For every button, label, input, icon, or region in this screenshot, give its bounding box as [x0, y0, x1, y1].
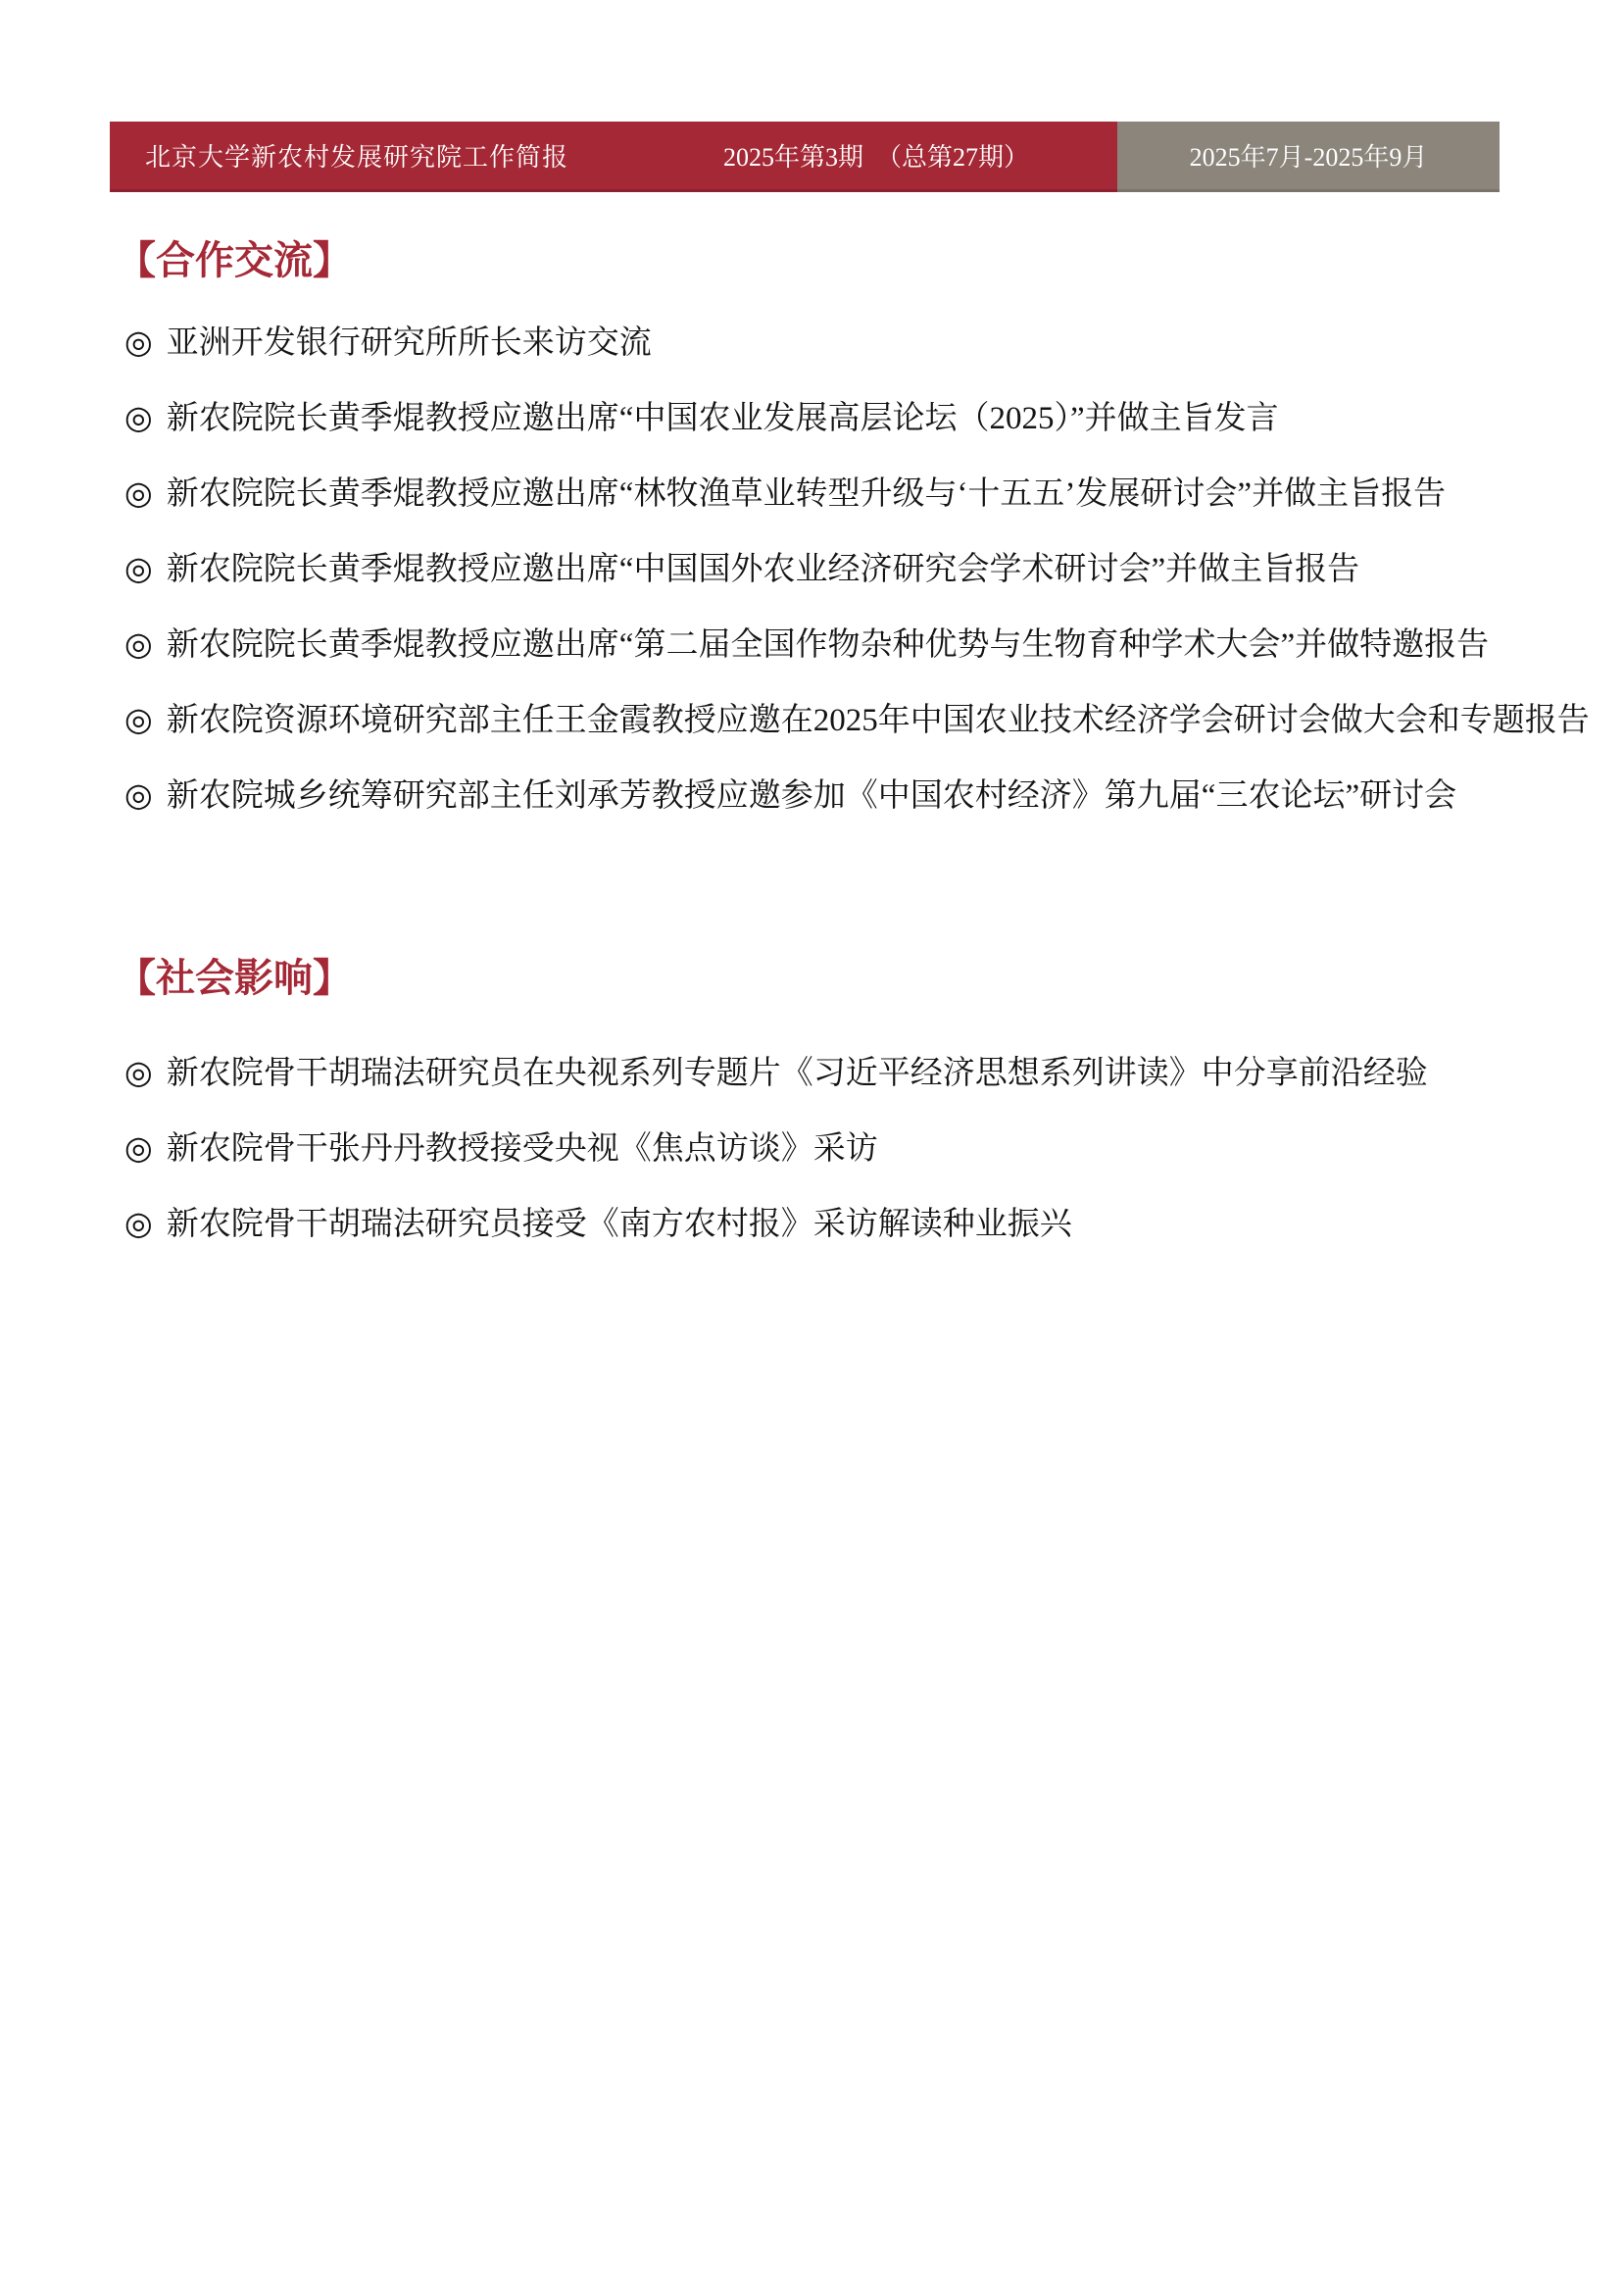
newsletter-page: { "colors": { "accent_red": "#a42836", "… — [0, 0, 1624, 2296]
bullet-circle-icon: ◎ — [124, 701, 153, 740]
header-red-segment: 北京大学新农村发展研究院工作简报 2025年第3期 （总第27期） — [110, 122, 1117, 192]
bullet-circle-icon: ◎ — [124, 324, 153, 363]
period-label: 2025年7月-2025年9月 — [1190, 137, 1428, 174]
header-bar: 北京大学新农村发展研究院工作简报 2025年第3期 （总第27期） 2025年7… — [110, 122, 1500, 192]
list-item: ◎新农院城乡统筹研究部主任刘承芳教授应邀参加《中国农村经济》第九届“三农论坛”研… — [124, 776, 1614, 816]
list-item: ◎新农院骨干张丹丹教授接受央视《焦点访谈》采访 — [124, 1129, 1614, 1169]
bullet-circle-icon: ◎ — [124, 625, 153, 665]
item-text: 新农院院长黄季焜教授应邀出席“中国农业发展高层论坛（2025）”并做主旨发言 — [167, 401, 1279, 436]
newsletter-title: 北京大学新农村发展研究院工作简报 — [145, 137, 568, 174]
social-impact-item-list: ◎新农院骨干胡瑞法研究员在央视系列专题片《习近平经济思想系列讲读》中分享前沿经验… — [124, 1054, 1614, 1280]
list-item: ◎新农院资源环境研究部主任王金霞教授应邀在2025年中国农业技术经济学会研讨会做… — [124, 701, 1614, 740]
bullet-circle-icon: ◎ — [124, 776, 153, 816]
header-gray-segment: 2025年7月-2025年9月 — [1117, 122, 1500, 192]
list-item: ◎新农院院长黄季焜教授应邀出席“林牧渔草业转型升级与‘十五五’发展研讨会”并做主… — [124, 474, 1614, 514]
item-text: 新农院资源环境研究部主任王金霞教授应邀在2025年中国农业技术经济学会研讨会做大… — [167, 703, 1590, 738]
item-text: 新农院院长黄季焜教授应邀出席“林牧渔草业转型升级与‘十五五’发展研讨会”并做主旨… — [167, 476, 1446, 512]
item-text: 新农院骨干胡瑞法研究员接受《南方农村报》采访解读种业振兴 — [167, 1207, 1072, 1242]
section-heading-social-impact: 【社会影响】 — [117, 953, 352, 1004]
list-item: ◎新农院骨干胡瑞法研究员接受《南方农村报》采访解读种业振兴 — [124, 1205, 1614, 1244]
list-item: ◎新农院院长黄季焜教授应邀出席“第二届全国作物杂种优势与生物育种学术大会”并做特… — [124, 625, 1614, 665]
bullet-circle-icon: ◎ — [124, 1205, 153, 1244]
section-heading-cooperation: 【合作交流】 — [117, 235, 352, 286]
item-text: 新农院骨干胡瑞法研究员在央视系列专题片《习近平经济思想系列讲读》中分享前沿经验 — [167, 1056, 1428, 1091]
item-text: 新农院院长黄季焜教授应邀出席“第二届全国作物杂种优势与生物育种学术大会”并做特邀… — [167, 627, 1489, 663]
bullet-circle-icon: ◎ — [124, 474, 153, 514]
bullet-circle-icon: ◎ — [124, 399, 153, 438]
item-text: 新农院城乡统筹研究部主任刘承芳教授应邀参加《中国农村经济》第九届“三农论坛”研讨… — [167, 778, 1456, 814]
item-text: 新农院骨干张丹丹教授接受央视《焦点访谈》采访 — [167, 1131, 878, 1167]
item-text: 亚洲开发银行研究所所长来访交流 — [167, 325, 652, 361]
item-text: 新农院院长黄季焜教授应邀出席“中国国外农业经济研究会学术研讨会”并做主旨报告 — [167, 552, 1359, 587]
bullet-circle-icon: ◎ — [124, 550, 153, 589]
list-item: ◎新农院院长黄季焜教授应邀出席“中国国外农业经济研究会学术研讨会”并做主旨报告 — [124, 550, 1614, 589]
cooperation-item-list: ◎亚洲开发银行研究所所长来访交流 ◎新农院院长黄季焜教授应邀出席“中国农业发展高… — [124, 324, 1614, 852]
list-item: ◎新农院骨干胡瑞法研究员在央视系列专题片《习近平经济思想系列讲读》中分享前沿经验 — [124, 1054, 1614, 1093]
list-item: ◎亚洲开发银行研究所所长来访交流 — [124, 324, 1614, 363]
bullet-circle-icon: ◎ — [124, 1054, 153, 1093]
bullet-circle-icon: ◎ — [124, 1129, 153, 1169]
issue-label: 2025年第3期 （总第27期） — [723, 122, 1029, 189]
list-item: ◎新农院院长黄季焜教授应邀出席“中国农业发展高层论坛（2025）”并做主旨发言 — [124, 399, 1614, 438]
